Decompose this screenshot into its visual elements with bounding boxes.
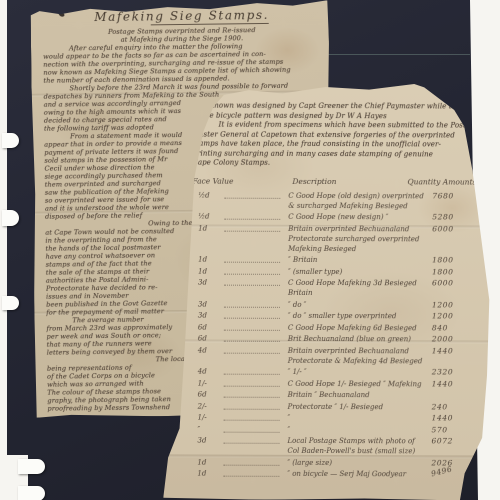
quantity: 1800: [432, 267, 478, 277]
face-value: 6d: [192, 322, 224, 332]
dotted-leader: [224, 266, 280, 274]
hinge-tab: [2, 133, 19, 148]
table-row: 1/- ″ 1440: [192, 413, 478, 424]
face-value: 4d: [192, 367, 224, 377]
face-value: 3d: [192, 278, 224, 288]
manuscript-line: well known was designed by Capt Greener …: [193, 102, 479, 112]
face-value: 4d: [192, 345, 224, 355]
quantity: 6000: [432, 278, 478, 288]
table-row: 4d ″ 1/- ″ 2320: [192, 367, 478, 378]
quantity: 840: [432, 323, 478, 333]
description: ″: [287, 424, 431, 435]
dotted-leader: [224, 255, 280, 263]
manuscript-line: stamps have taken place, the fraud consi…: [192, 140, 478, 150]
table-row: ½d C Good Hope (new design) ″ 5280: [192, 212, 478, 223]
quantity: 1440: [432, 346, 478, 356]
hinge-tab: [2, 296, 19, 310]
table-row: 3d ″ do ″ smaller type overprinted 1200: [192, 311, 478, 322]
right-manuscript-sheet: well known was designed by Capt Greener …: [157, 81, 492, 500]
quantity: 6072: [431, 436, 477, 446]
description: ″ (smaller type): [288, 266, 432, 277]
dotted-leader: [224, 311, 280, 319]
face-value: 1d: [191, 457, 223, 467]
quantity: 1200: [432, 300, 478, 310]
face-value: 6d: [192, 390, 224, 400]
description: ″ (large size): [287, 457, 431, 468]
dotted-leader: [224, 390, 280, 398]
table-row: 1d ″ Britain 1800: [192, 255, 478, 266]
face-value: ½d: [192, 212, 224, 222]
dotted-leader: [224, 378, 280, 386]
table-row: 1d ″ (smaller type) 1800: [192, 266, 478, 277]
quantity: 240: [432, 402, 478, 412]
stamp-table: ½d C Good Hope (old design) overprinted …: [191, 190, 478, 479]
manuscript-line: Cape Colony Stamps.: [192, 159, 478, 169]
quantity: 5280: [432, 212, 478, 222]
dotted-leader: [224, 345, 280, 353]
face-value: 3d: [192, 299, 224, 309]
description: Protectorate ″ 1/- Besieged: [288, 401, 432, 412]
face-value: 1d: [191, 469, 223, 479]
face-value: 3d: [192, 311, 224, 321]
hinge-tab: [2, 210, 19, 226]
table-row: 4d Britain overprinted Bechuanaland Prot…: [192, 345, 478, 366]
table-row: 1/- C Good Hope 1/- Besieged ″ Mafeking …: [192, 378, 478, 389]
table-row: 6d C Good Hope Mafeking 6d Besieged 840: [192, 322, 478, 333]
dotted-leader: [224, 424, 280, 432]
dotted-leader: [223, 436, 279, 444]
description: C Good Hope (old design) overprinted & s…: [288, 190, 432, 211]
dotted-leader: [224, 223, 280, 231]
description: ″ do ″ smaller type overprinted: [288, 311, 432, 322]
table-header: Face Value Description Quantity Amounts: [192, 176, 478, 186]
table-row: 6d Britain ″ Bechuanaland: [192, 390, 478, 401]
dotted-leader: [224, 401, 280, 409]
face-value-header: Face Value: [192, 176, 292, 185]
quantity: 2000: [432, 334, 478, 344]
description: Local Postage Stamps with photo of Col B…: [287, 436, 431, 457]
dotted-leader: [224, 322, 280, 330]
right-sheet-intro: well known was designed by Capt Greener …: [192, 102, 478, 169]
face-value: 6d: [192, 334, 224, 344]
table-row: 3d C Good Hope Mafeking 3d Besieged Brit…: [192, 278, 478, 299]
dotted-leader: [223, 457, 279, 465]
face-value: 1d: [192, 266, 224, 276]
description: C Good Hope (new design) ″: [288, 212, 432, 223]
quantity: 570: [431, 425, 477, 435]
description: Britain overprinted Bechuanaland Protect…: [288, 345, 432, 366]
quantity: 1440: [432, 379, 478, 389]
description: Britain overprinted Bechuanaland Protect…: [288, 223, 432, 254]
quantity: 7680: [432, 191, 478, 201]
description: C Good Hope 1/- Besieged ″ Mafeking: [288, 378, 432, 389]
table-row: 2/- Protectorate ″ 1/- Besieged 240: [192, 401, 478, 412]
table-row: 1d ″ on bicycle — Serj Maj Goodyear 9496: [191, 469, 477, 480]
quantity: 1200: [432, 311, 478, 321]
description: ″ 1/- ″: [288, 367, 432, 378]
hinge-tab: [18, 486, 45, 500]
table-row: 3d Local Postage Stamps with photo of Co…: [191, 436, 477, 457]
hinge-tab: [18, 459, 45, 474]
face-value: 1/-: [192, 413, 224, 423]
dotted-leader: [224, 278, 280, 286]
right-sheet-content: well known was designed by Capt Greener …: [157, 81, 492, 500]
description: Britain ″ Bechuanaland: [288, 390, 432, 401]
dotted-leader: [224, 413, 280, 421]
quantity-header: Quantity Amounts: [384, 177, 478, 186]
description: ″ do ″: [288, 299, 432, 310]
table-row: ½d C Good Hope (old design) overprinted …: [192, 190, 478, 211]
table-row: 3d ″ do ″ 1200: [192, 299, 478, 310]
dotted-leader: [223, 469, 279, 477]
quantity: 6000: [432, 224, 478, 234]
dotted-leader: [224, 334, 280, 342]
face-value: ½d: [192, 190, 224, 200]
table-row: 1d Britain overprinted Bechuanaland Prot…: [192, 223, 478, 254]
document-title: Mafeking Sieg Stamps.: [43, 7, 321, 25]
dotted-leader: [224, 190, 280, 198]
face-value: 3d: [191, 436, 223, 446]
face-value: 1d: [192, 223, 224, 233]
face-value: 2/-: [192, 401, 224, 411]
dotted-leader: [224, 212, 280, 220]
face-value: 1d: [192, 255, 224, 265]
table-row: 6d Brit Bechuanaland (blue on green) 200…: [192, 334, 478, 345]
description: ″: [288, 413, 432, 424]
manuscript-line: It is evident from specimens which have …: [193, 121, 479, 131]
quantity: 1800: [432, 255, 478, 265]
description: ″ on bicycle — Serj Maj Goodyear: [287, 469, 431, 480]
table-row: 1d ″ (large size) 2026: [191, 457, 477, 468]
description: C Good Hope Mafeking 6d Besieged: [288, 322, 432, 333]
album-page-crease: [328, 54, 470, 55]
description-header: Description: [292, 176, 384, 185]
quantity: 1440: [432, 413, 478, 423]
description: Brit Bechuanaland (blue on green): [288, 334, 432, 345]
dotted-leader: [224, 367, 280, 375]
description: ″ Britain: [288, 255, 432, 266]
dotted-leader: [224, 299, 280, 307]
description: C Good Hope Mafeking 3d Besieged Britain: [288, 278, 432, 299]
face-value: ″: [191, 424, 223, 434]
quantity: 2320: [432, 367, 478, 377]
table-row: ″ ″ 570: [191, 424, 477, 435]
face-value: 1/-: [192, 378, 224, 388]
